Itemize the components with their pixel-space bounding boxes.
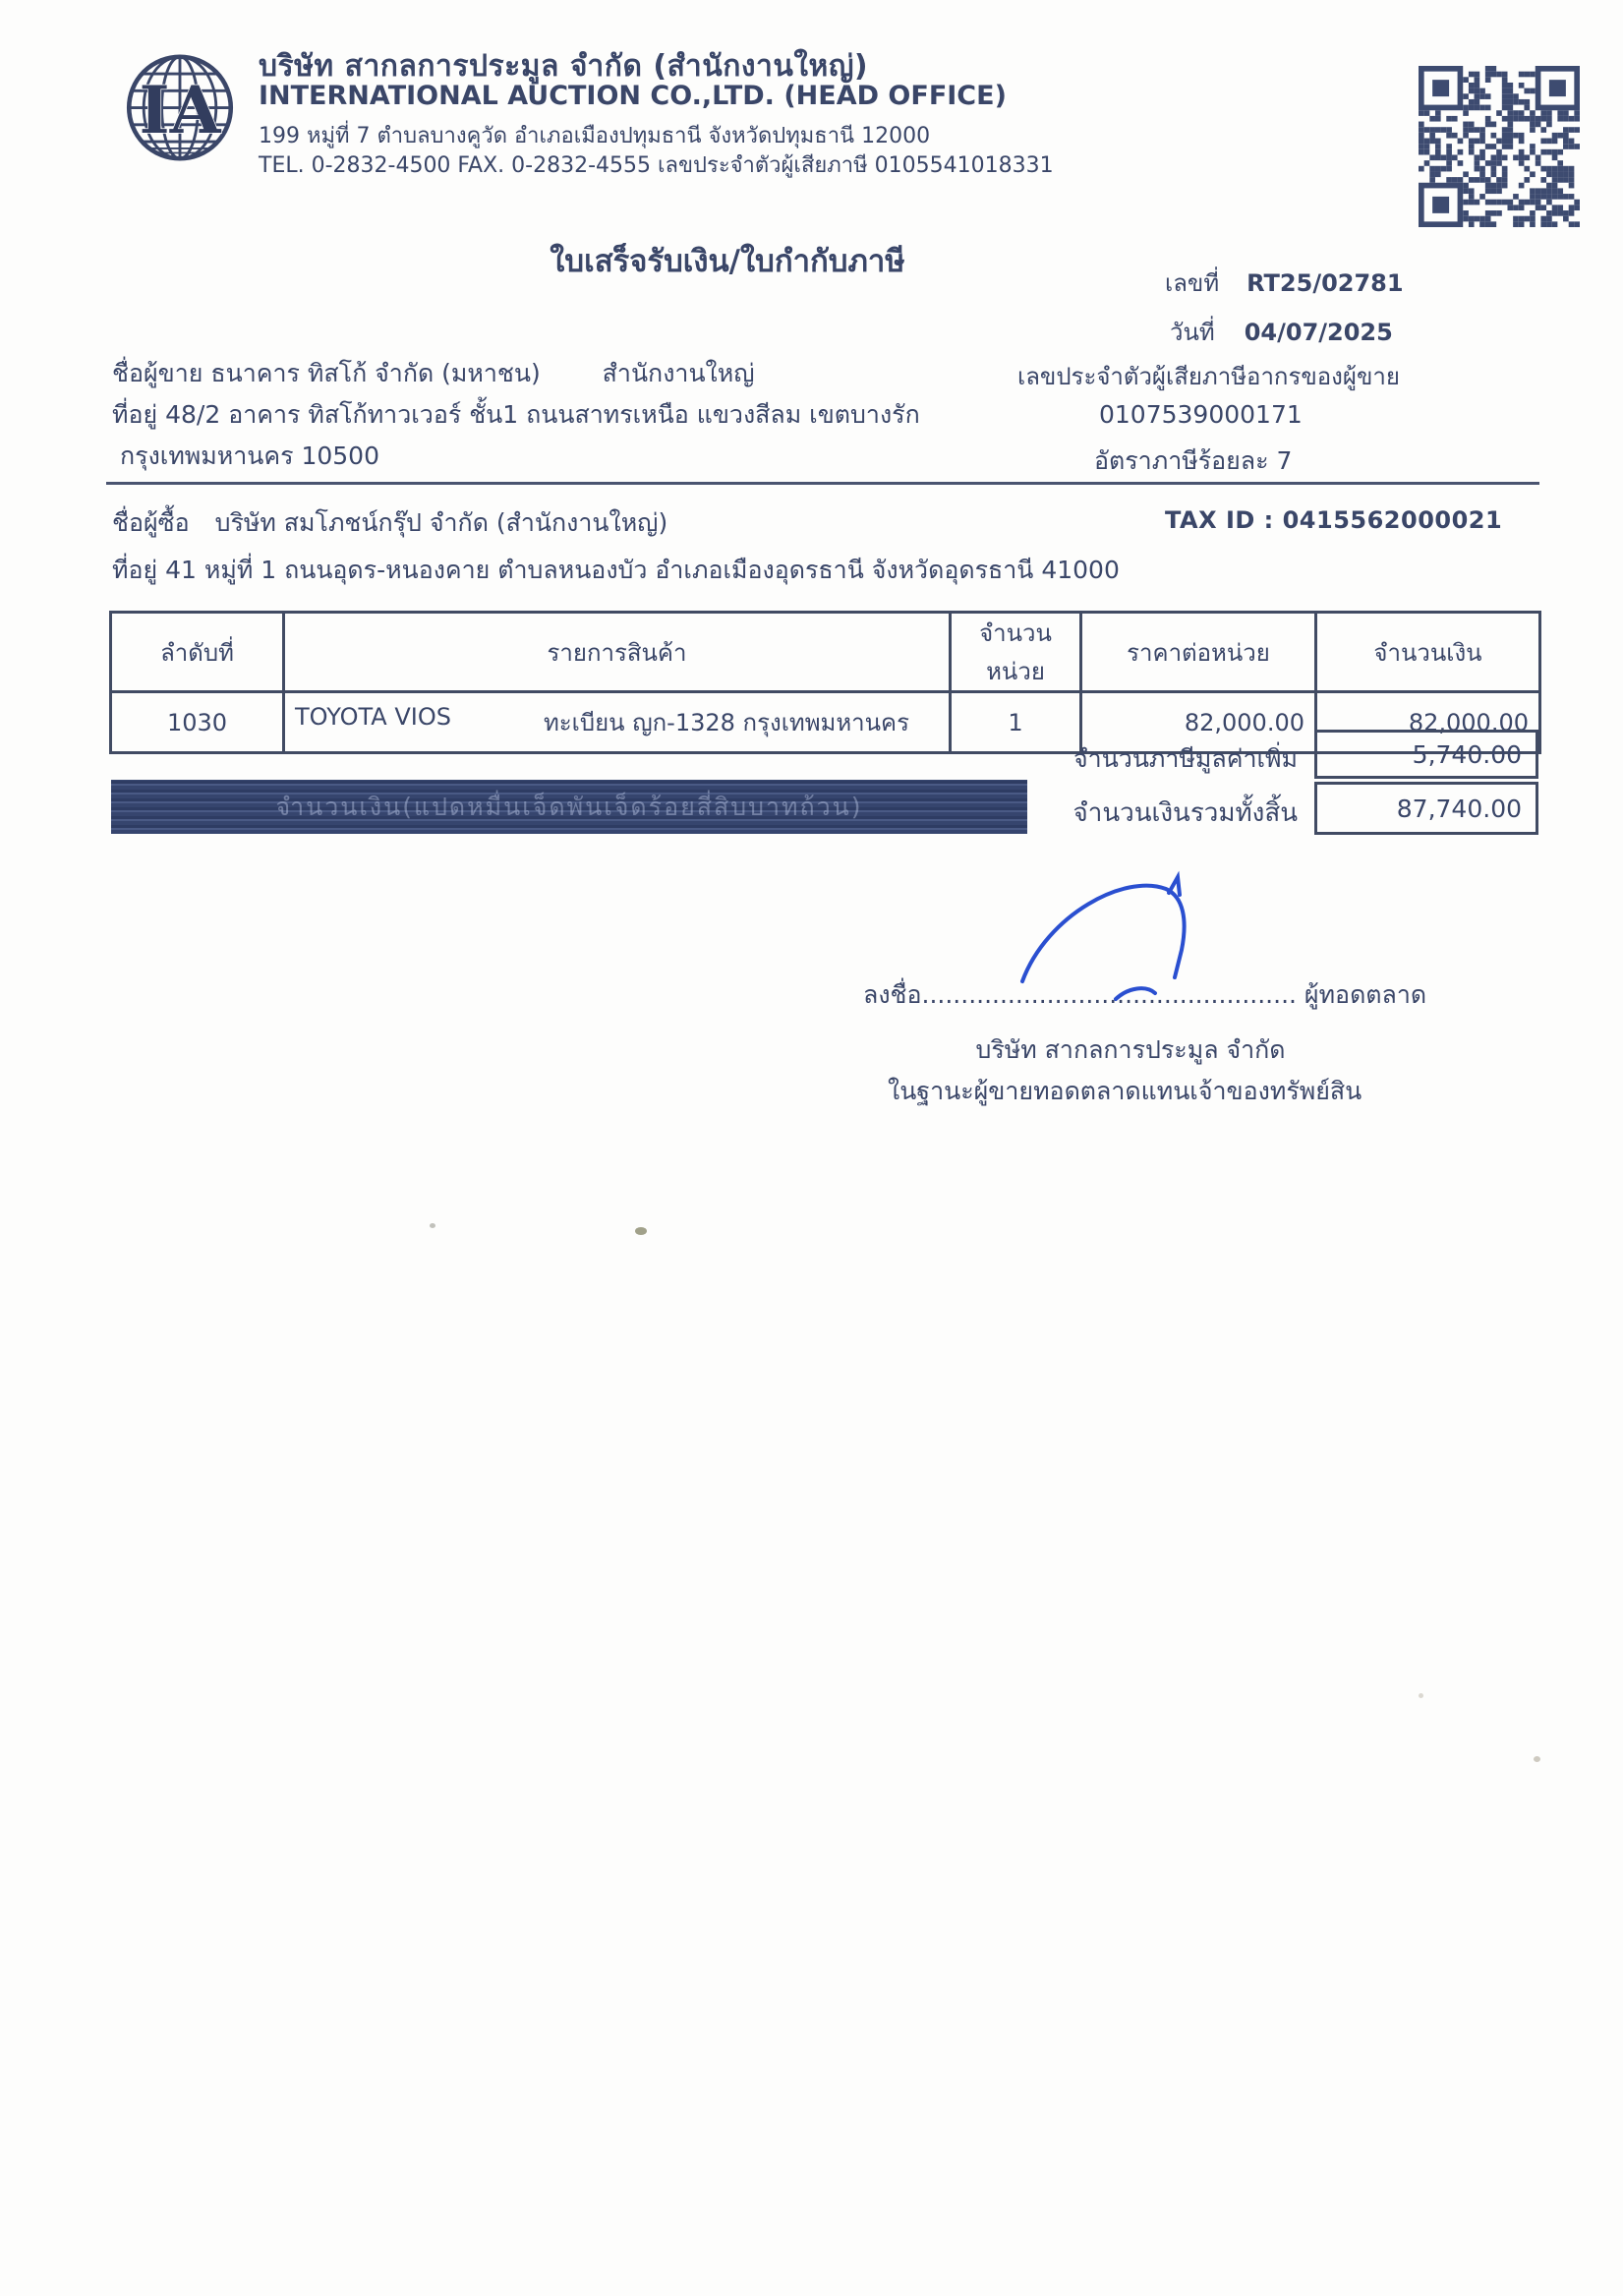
seller-name: ธนาคาร ทิสโก้ จำกัด (มหาชน) — [210, 359, 540, 387]
item-description-detail: ทะเบียน ญก-1328 กรุงเทพมหานคร — [544, 703, 909, 741]
document-date-line: วันที่04/07/2025 — [1170, 313, 1393, 351]
buyer-name-label: ชื่อผู้ซื้อ — [112, 508, 190, 537]
company-tel-tax-line: TEL. 0-2832-4500 FAX. 0-2832-4555 เลขประ… — [259, 147, 1054, 182]
items-table-header-row: ลำดับที่ รายการสินค้า จำนวนหน่วย ราคาต่อ… — [111, 613, 1540, 692]
buyer-address-line: ที่อยู่ 41 หมู่ที่ 1 ถนนอุดร-หนองคาย ตำบ… — [112, 551, 1120, 590]
signing-capacity: ในฐานะผู้ขายทอดตลาดแทนเจ้าของทรัพย์สิน — [888, 1072, 1362, 1111]
vat-amount: 5,740.00 — [1413, 740, 1522, 769]
seller-branch: สำนักงานใหญ่ — [603, 359, 755, 387]
amount-in-words: จำนวนเงิน(แปดหมื่นเจ็ดพันเจ็ดร้อยสี่สิบบ… — [275, 788, 862, 827]
document-title: ใบเสร็จรับเงิน/ใบกำกับภาษี — [413, 236, 1042, 285]
document-number-label: เลขที่ — [1165, 269, 1219, 297]
buyer-tax-id: TAX ID : 0415562000021 — [1165, 506, 1502, 534]
company-globe-logo: IA — [120, 51, 240, 164]
scan-speck — [635, 1227, 647, 1235]
buyer-address-label: ที่อยู่ — [112, 556, 157, 584]
receipt-document: IA บริษัท สากลการประมูล จำกัด (สำนักงานใ… — [0, 0, 1623, 2296]
amount-in-words-stamp-bar: จำนวนเงิน(แปดหมื่นเจ็ดพันเจ็ดร้อยสี่สิบบ… — [111, 780, 1027, 834]
seller-taxid: 0107539000171 — [1099, 400, 1303, 429]
col-header-description: รายการสินค้า — [284, 613, 951, 692]
grand-total-amount: 87,740.00 — [1397, 795, 1522, 823]
col-header-qty: จำนวนหน่วย — [951, 613, 1081, 692]
seller-name-label: ชื่อผู้ขาย — [112, 359, 203, 387]
document-number: RT25/02781 — [1246, 269, 1403, 297]
buyer-address: 41 หมู่ที่ 1 ถนนอุดร-หนองคาย ตำบลหนองบัว… — [165, 556, 1120, 584]
company-name-en: INTERNATIONAL AUCTION CO.,LTD. (HEAD OFF… — [259, 81, 1007, 111]
buyer-name: บริษัท สมโภชน์กรุ๊ป จำกัด (สำนักงานใหญ่) — [215, 508, 668, 537]
grand-total-amount-cell: 87,740.00 — [1314, 782, 1538, 835]
scan-speck — [1534, 1756, 1540, 1762]
seller-address-line1: ที่อยู่ 48/2 อาคาร ทิสโก้ทาวเวอร์ ชั้น1 … — [112, 395, 920, 435]
item-description-main: TOYOTA VIOS — [295, 703, 451, 741]
document-number-line: เลขที่RT25/02781 — [1165, 264, 1404, 302]
vat-label: จำนวนภาษีมูลค่าเพิ่ม — [688, 739, 1298, 779]
signature-line: ลงชื่อ..................................… — [863, 975, 1426, 1015]
col-header-index: ลำดับที่ — [111, 613, 284, 692]
seller-taxid-label: เลขประจำตัวผู้เสียภาษีอากรของผู้ขาย — [1017, 357, 1400, 395]
seller-address-line2: กรุงเทพมหานคร 10500 — [120, 437, 379, 476]
buyer-name-line: ชื่อผู้ซื้อ บริษัท สมโภชน์กรุ๊ป จำกัด (ส… — [112, 503, 667, 543]
signing-company: บริษัท สากลการประมูล จำกัด — [944, 1030, 1317, 1070]
logo-monogram: IA — [140, 71, 222, 148]
col-header-unit-price: ราคาต่อหน่วย — [1081, 613, 1316, 692]
seller-name-line: ชื่อผู้ขาย ธนาคาร ทิสโก้ จำกัด (มหาชน) ส… — [112, 354, 755, 393]
sign-label: ลงชื่อ — [863, 980, 922, 1009]
scan-speck — [1419, 1693, 1423, 1698]
scan-speck — [430, 1223, 435, 1228]
seller-vat-rate: อัตราภาษีร้อยละ 7 — [1094, 442, 1292, 481]
document-date: 04/07/2025 — [1245, 319, 1393, 346]
qr-code — [1419, 63, 1580, 230]
signer-role: ผู้ทอดตลาด — [1304, 980, 1426, 1009]
seller-address1: 48/2 อาคาร ทิสโก้ทาวเวอร์ ชั้น1 ถนนสาทรเ… — [165, 400, 920, 429]
seller-address-label: ที่อยู่ — [112, 400, 157, 429]
section-divider — [106, 482, 1539, 485]
vat-amount-cell: 5,740.00 — [1314, 730, 1538, 779]
document-date-label: วันที่ — [1170, 319, 1215, 346]
signature-dots: ........................................… — [922, 980, 1297, 1009]
col-header-amount: จำนวนเงิน — [1316, 613, 1540, 692]
item-index: 1030 — [111, 692, 284, 753]
